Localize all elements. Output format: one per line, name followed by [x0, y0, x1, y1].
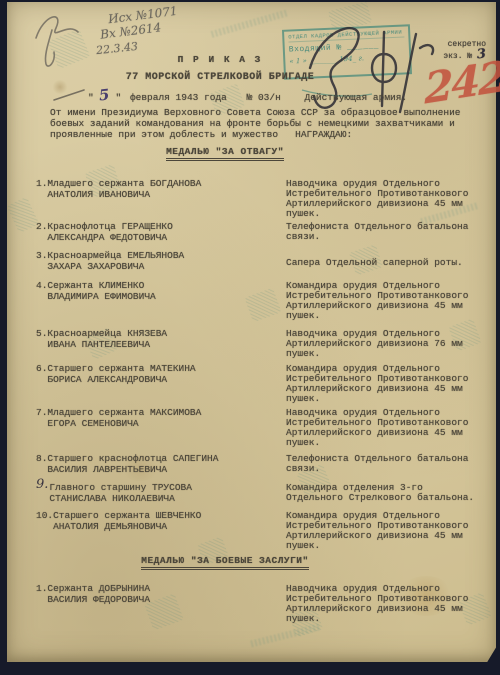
date-open-quote: " [88, 92, 94, 103]
award-name: Старшего сержанта МАТЕКИНА БОРИСА АЛЕКСА… [47, 364, 195, 404]
date-month-year: февраля 1943 года [130, 92, 227, 103]
brigade-line: 77 МОРСКОЙ СТРЕЛКОВОЙ БРИГАДЕ [0, 72, 440, 83]
award-name: Сержанта КЛИМЕНКО ВЛАДИМИРА ЕФИМОВИЧА [47, 281, 155, 321]
award-item: 9.Главного старшину ТРУСОВА СТАНИСЛАВА Н… [36, 483, 486, 504]
award-name: Красноармейца КНЯЗЕВА ИВАНА ПАНТЕЛЕЕВИЧА [47, 329, 167, 359]
award-position: Командира отделения 3-го Отдельного Стре… [286, 483, 482, 504]
award-position: Телефониста Отдельного батальона связи. [286, 454, 482, 475]
award-item: 7.Младшего сержанта МАКСИМОВА ЕГОРА СЕМЕ… [36, 408, 486, 448]
award-position: Командира орудия Отдельного Истребительн… [286, 281, 482, 321]
order-title: П Р И К А З [0, 54, 440, 65]
award-item: 2.Краснофлотца ГЕРАЩЕНКО АЛЕКСАНДРА ФЕДО… [36, 222, 486, 243]
award-number: 10. [36, 511, 53, 551]
award-position: Наводчика орудия Отдельного Истребительн… [286, 584, 482, 624]
award-number: 8. [36, 454, 47, 475]
award-name: Краснофлотца ГЕРАЩЕНКО АЛЕКСАНДРА ФЕДОТО… [47, 222, 172, 243]
award-item: 5.Красноармейца КНЯЗЕВА ИВАНА ПАНТЕЛЕЕВИ… [36, 329, 486, 359]
award-position: Командира орудия Отдельного Истребительн… [286, 364, 482, 404]
award-position: Телефониста Отдельного батальона связи. [286, 222, 482, 243]
award-position: Командира орудия Отдельного Истребительн… [286, 511, 482, 551]
award-item: 4.Сержанта КЛИМЕНКО ВЛАДИМИРА ЕФИМОВИЧА … [36, 281, 486, 321]
date-day-handwritten: 5 [98, 86, 110, 105]
date-close-quote: " [116, 92, 122, 103]
award-position: Сапера Отдельной саперной роты. [286, 251, 482, 272]
award-name: Главного старшину ТРУСОВА СТАНИСЛАВА НИК… [49, 483, 192, 504]
award-name: Сержанта ДОБРЫНИНА ВАСИЛИЯ ФЕДОРОВИЧА [47, 584, 150, 624]
award-position: Наводчика орудия Отдельного Истребительн… [286, 179, 482, 219]
scanned-document-page: { "annotations": { "pencil_line1": "Исх … [0, 0, 500, 675]
award-number: 1. [36, 179, 47, 219]
award-name: Старшего краснофлотца САПЕГИНА ВАСИЛИЯ Л… [47, 454, 218, 475]
award-item: 1.Сержанта ДОБРЫНИНА ВАСИЛИЯ ФЕДОРОВИЧА … [36, 584, 486, 624]
award-number: 7. [36, 408, 47, 448]
order-number: № 03/н [247, 92, 281, 103]
award-item: 1.Младшего сержанта БОГДАНОВА АНАТОЛИЯ И… [36, 179, 486, 219]
date-line: " 5 " февраля 1943 года № 03/н Действующ… [88, 86, 488, 104]
army-label: Действующая армия. [305, 92, 408, 103]
award-item: 8.Старшего краснофлотца САПЕГИНА ВАСИЛИЯ… [36, 454, 486, 475]
award-name: Старшего сержанта ШЕВЧЕНКО АНАТОЛИЯ ДЕМЬ… [53, 511, 201, 551]
award-number: 4. [36, 281, 47, 321]
intro-paragraph: От имени Президиума Верховного Совета Со… [50, 107, 482, 140]
award-item: 3.Красноармейца ЕМЕЛЬЯНОВА ЗАХАРА ЗАХАРО… [36, 251, 486, 272]
award-number-handwritten: 9. [36, 480, 48, 504]
award-number: 5. [36, 329, 47, 359]
award-number: 2. [36, 222, 47, 243]
medal-section-title-otvaga: МЕДАЛЬЮ "ЗА ОТВАГУ" [0, 146, 450, 157]
award-number: 1. [36, 584, 47, 624]
award-number: 3. [36, 251, 47, 272]
award-name: Младшего сержанта МАКСИМОВА ЕГОРА СЕМЕНО… [47, 408, 201, 448]
award-position: Наводчика орудия Отдельного Артиллерийск… [286, 329, 482, 359]
award-item: 6.Старшего сержанта МАТЕКИНА БОРИСА АЛЕК… [36, 364, 486, 404]
award-name: Младшего сержанта БОГДАНОВА АНАТОЛИЯ ИВА… [47, 179, 201, 219]
award-number: 6. [36, 364, 47, 404]
award-name: Красноармейца ЕМЕЛЬЯНОВА ЗАХАРА ЗАХАРОВИ… [47, 251, 184, 272]
medal-section-title-boevye-zaslugi: МЕДАЛЬЮ "ЗА БОЕВЫЕ ЗАСЛУГИ" [0, 555, 450, 566]
award-item: 10.Старшего сержанта ШЕВЧЕНКО АНАТОЛИЯ Д… [36, 511, 486, 551]
award-position: Наводчика орудия Отдельного Истребительн… [286, 408, 482, 448]
